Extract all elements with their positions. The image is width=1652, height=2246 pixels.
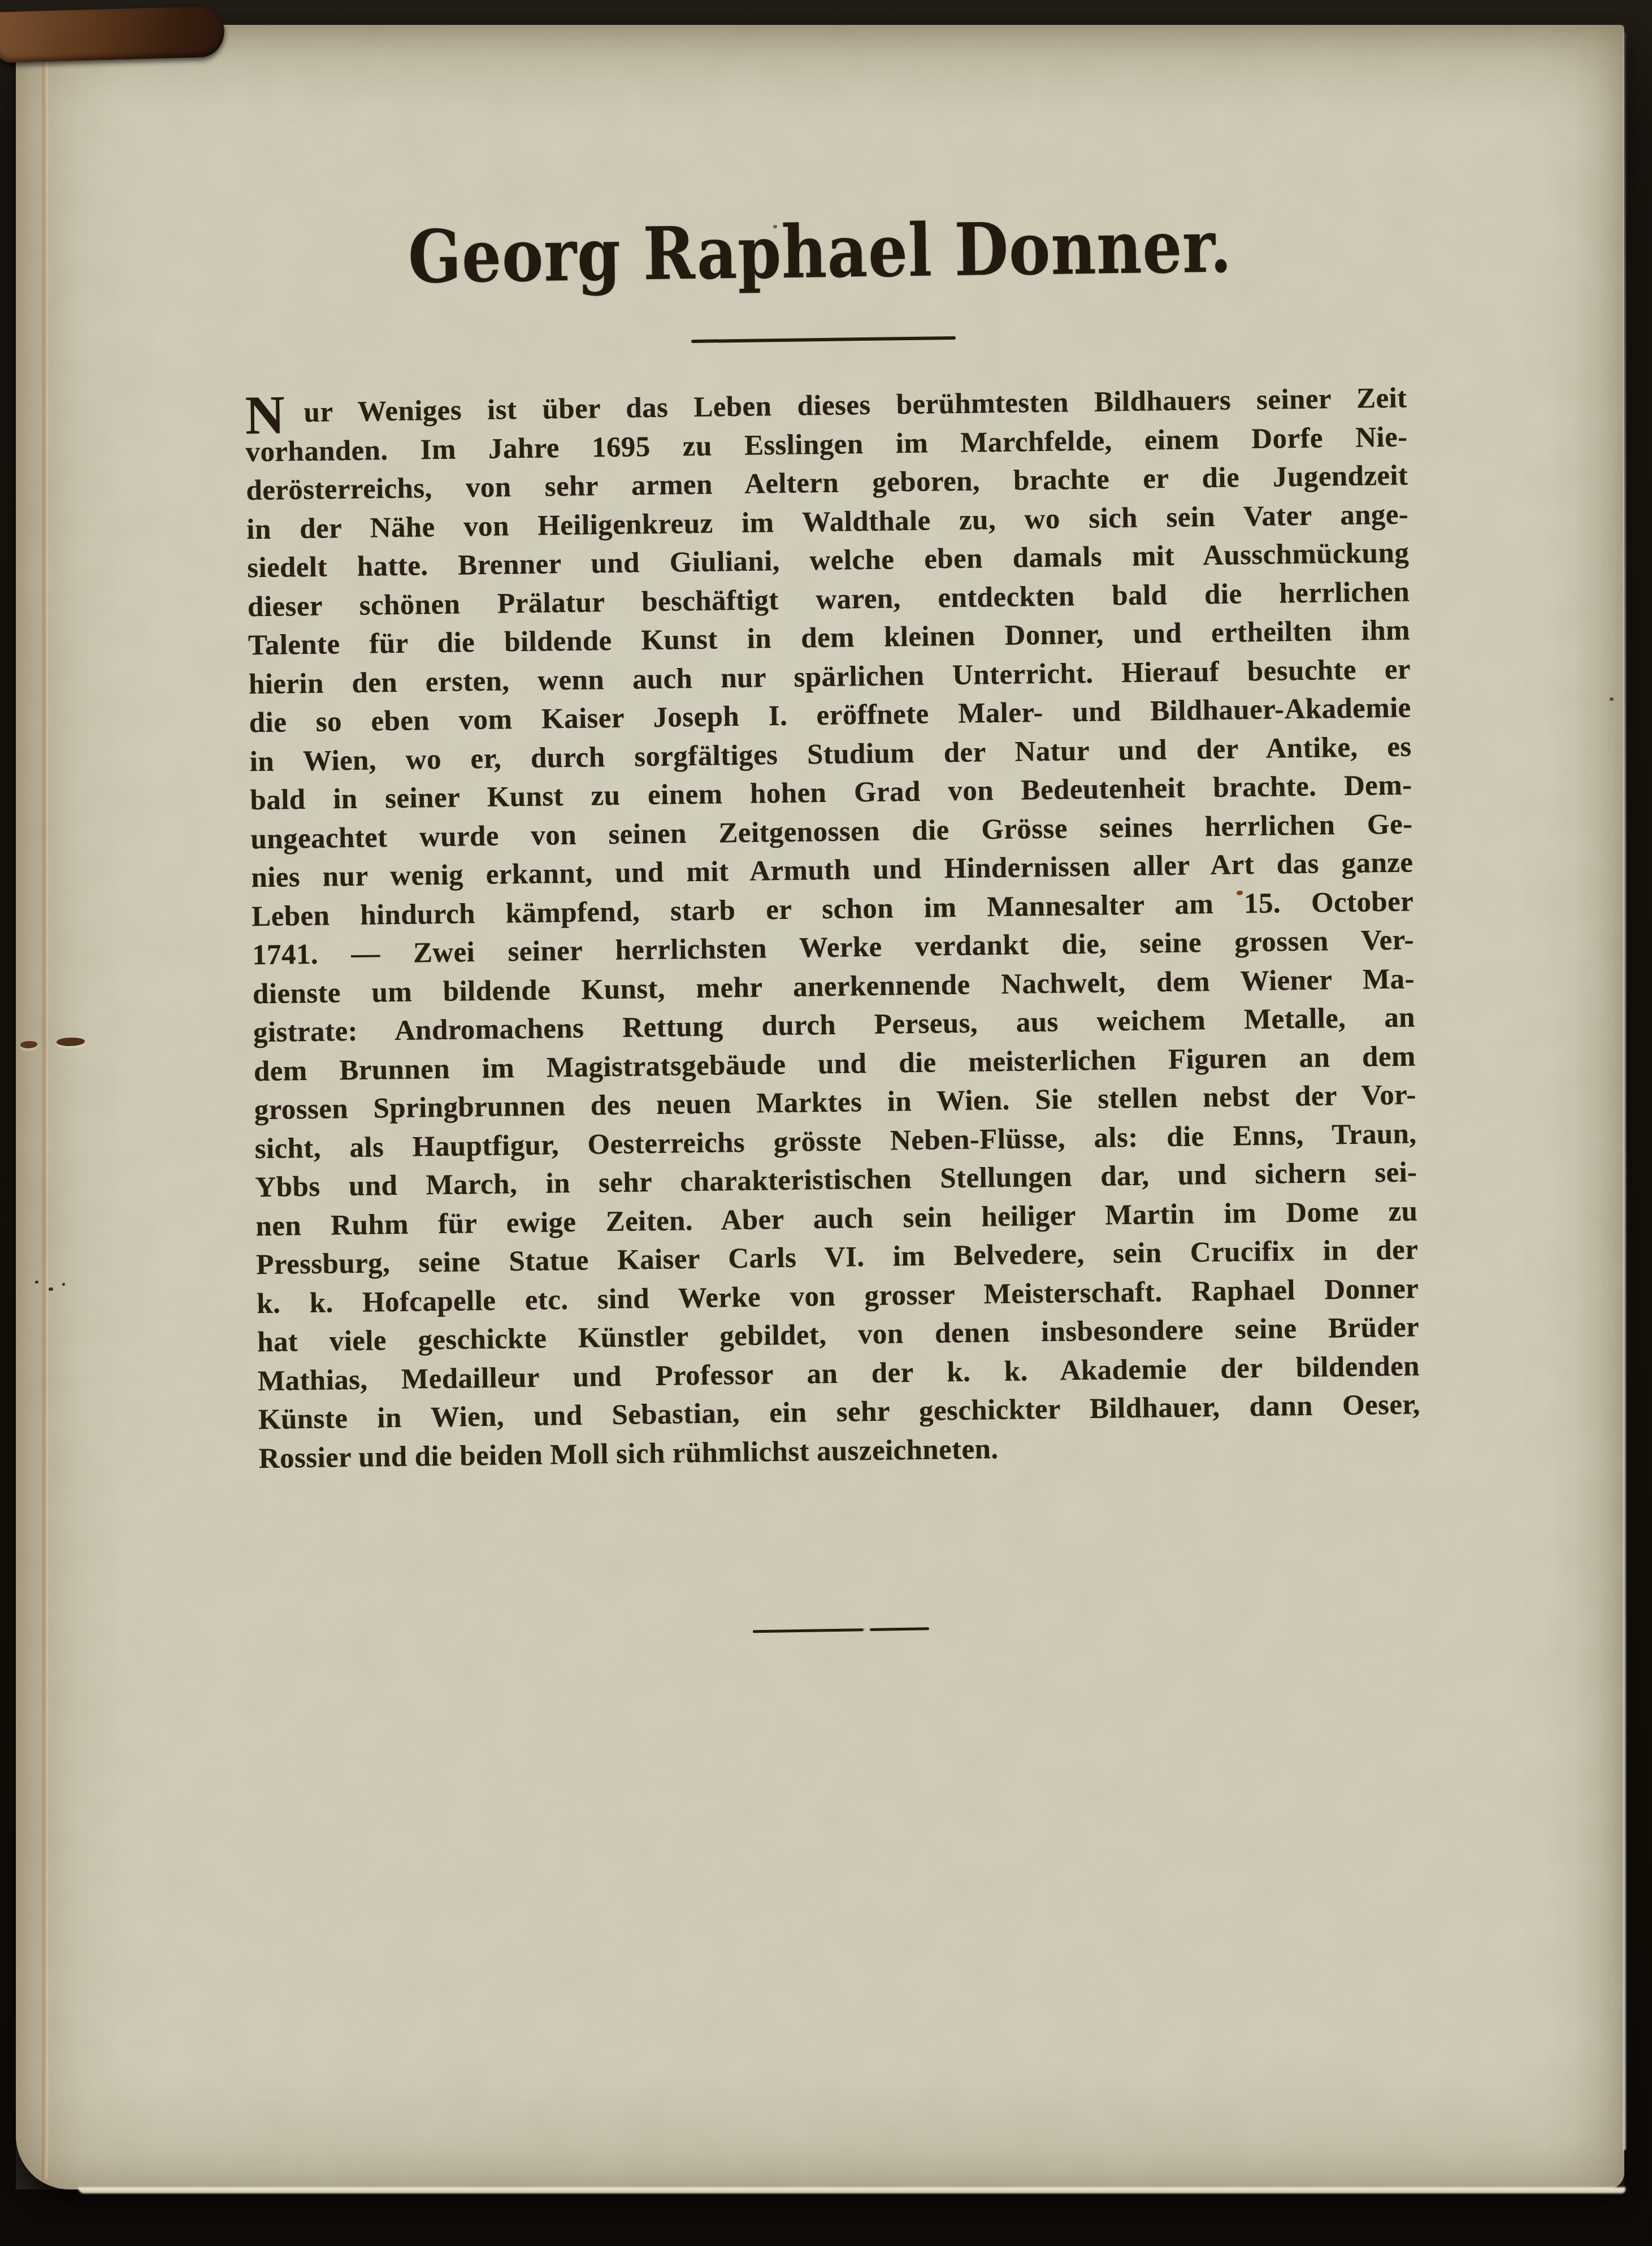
drop-cap-initial: N [245,387,285,443]
title-divider [691,336,956,343]
section-divider [753,1627,929,1633]
printed-content: Georg Raphael Donner. N ur Weniges ist ü… [13,14,1650,2200]
binding-leather-scrap [0,6,225,63]
body-paragraph: N ur Weniges ist über das Leben dieses b… [245,379,1421,1478]
page-title: Georg Raphael Donner. [128,207,1512,297]
book-page: Georg Raphael Donner. N ur Weniges ist ü… [16,25,1624,2189]
scanned-book-page: Georg Raphael Donner. N ur Weniges ist ü… [0,0,1652,2246]
